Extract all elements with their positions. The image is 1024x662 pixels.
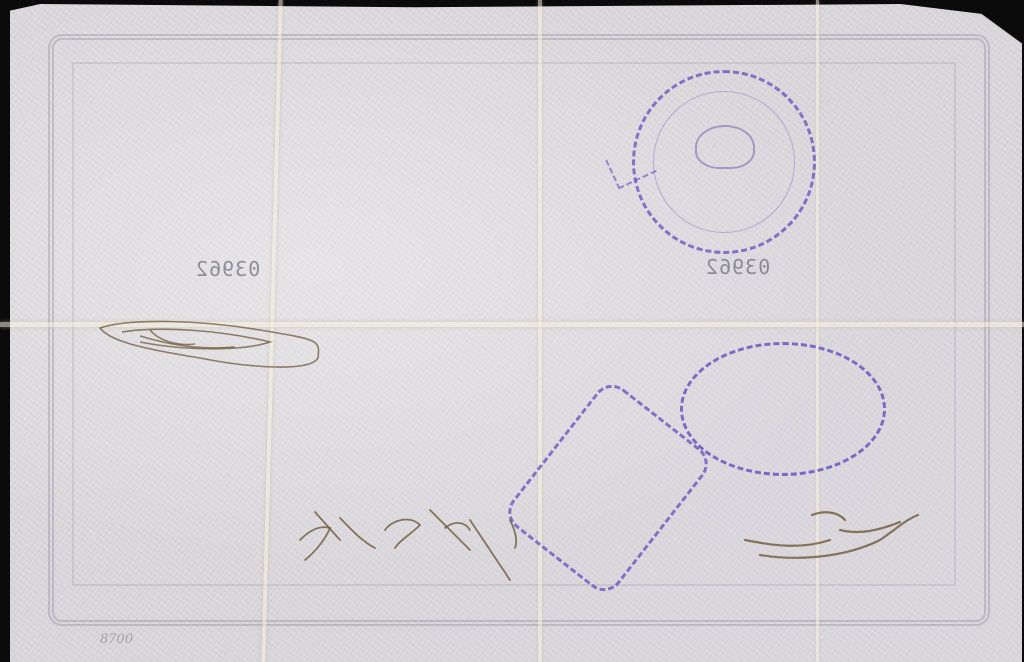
signature-right-handwriting [745,512,918,558]
scan-background: 03962 03962 [0,0,1024,662]
signature-left-flourish [100,321,319,367]
handwriting-layer [0,0,1024,662]
pencil-note: 8700 [100,632,133,647]
signature-center-handwriting [300,510,516,580]
